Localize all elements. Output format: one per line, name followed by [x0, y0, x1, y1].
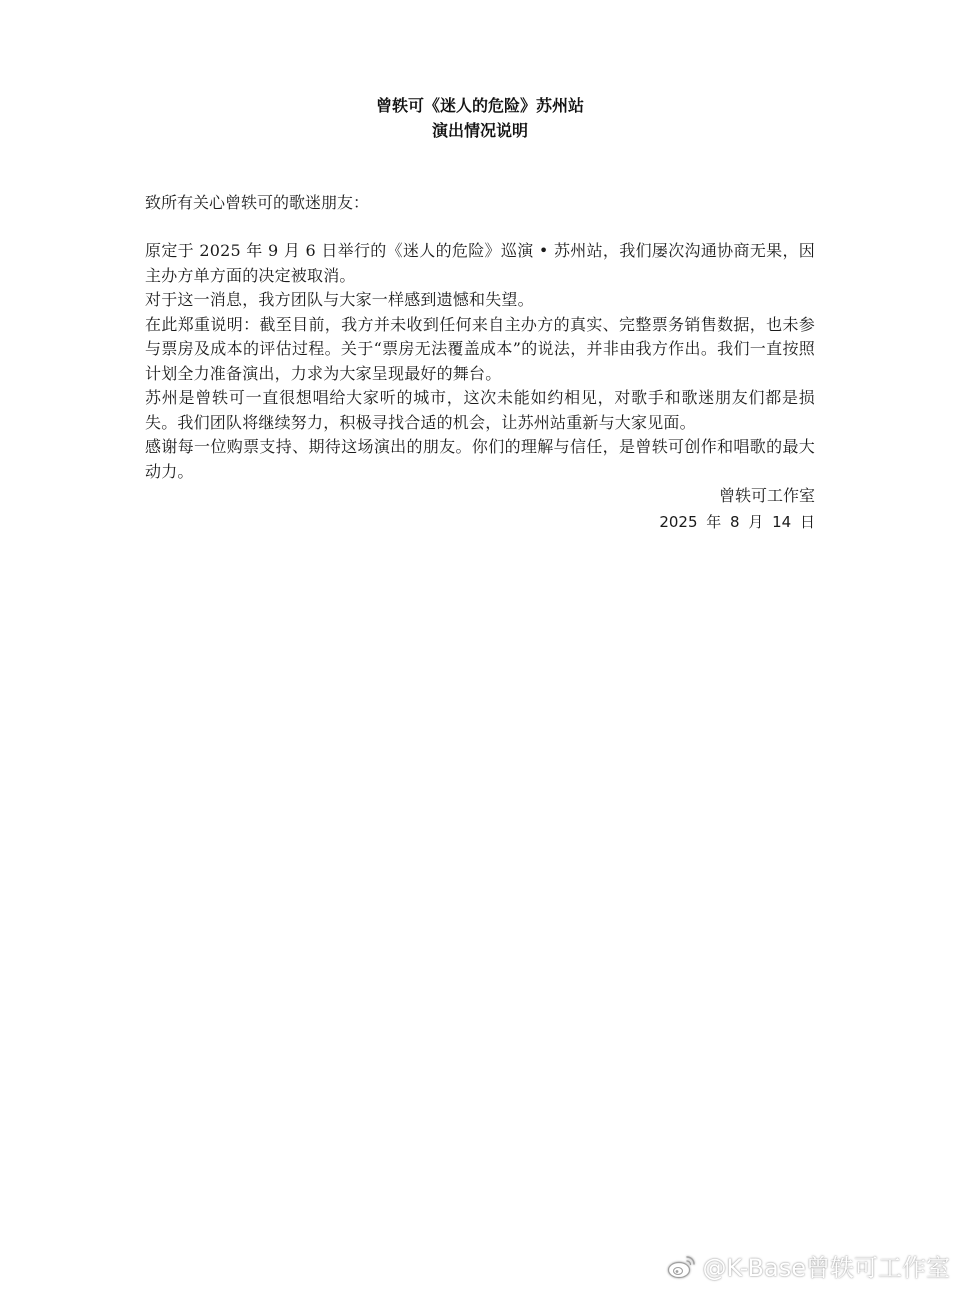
watermark-text: @K-Base曾轶可工作室	[703, 1248, 950, 1283]
statement-document: 曾轶可《迷人的危险》苏州站 演出情况说明 致所有关心曾轶可的歌迷朋友： 原定于 …	[145, 93, 815, 535]
title-line-1: 曾轶可《迷人的危险》苏州站	[145, 93, 815, 118]
salutation: 致所有关心曾轶可的歌迷朋友：	[145, 191, 815, 215]
document-title: 曾轶可《迷人的危险》苏州站 演出情况说明	[145, 93, 815, 143]
paragraph-regret: 对于这一消息，我方团队与大家一样感到遗憾和失望。	[145, 288, 815, 313]
weibo-watermark: @K-Base曾轶可工作室	[667, 1248, 950, 1283]
paragraph-cancellation: 原定于 2025 年 9 月 6 日举行的《迷人的危险》巡演 • 苏州站，我们屡…	[145, 239, 815, 288]
weibo-icon	[667, 1253, 697, 1279]
document-date: 2025 年 8 月 14 日	[145, 509, 815, 535]
paragraph-clarification: 在此郑重说明：截至目前，我方并未收到任何来自主办方的真实、完整票务销售数据，也未…	[145, 313, 815, 387]
paragraph-thanks: 感谢每一位购票支持、期待这场演出的朋友。你们的理解与信任，是曾轶可创作和唱歌的最…	[145, 435, 815, 484]
document-body: 原定于 2025 年 9 月 6 日举行的《迷人的危险》巡演 • 苏州站，我们屡…	[145, 239, 815, 484]
signature: 曾轶可工作室	[145, 484, 815, 509]
paragraph-suzhou: 苏州是曾轶可一直很想唱给大家听的城市，这次未能如约相见，对歌手和歌迷朋友们都是损…	[145, 386, 815, 435]
title-line-2: 演出情况说明	[145, 118, 815, 143]
